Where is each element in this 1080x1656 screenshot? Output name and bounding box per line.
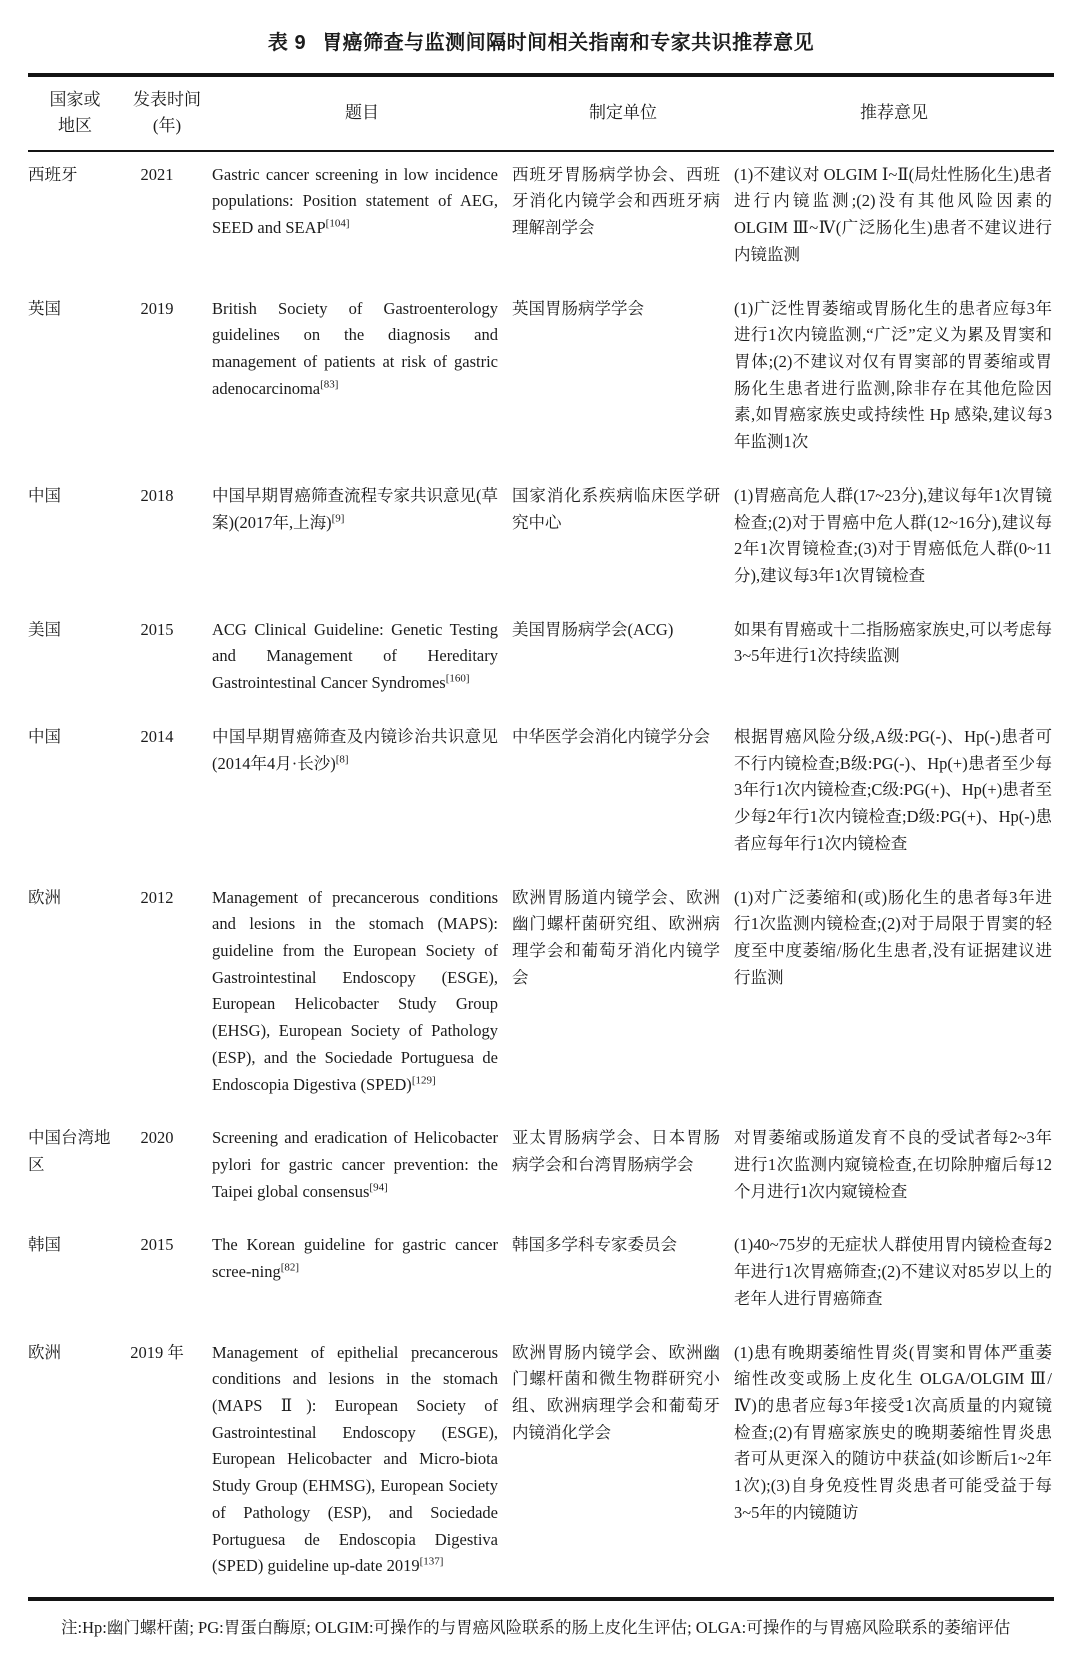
cell-title: 中国早期胃癌筛查流程专家共识意见(草案)(2017年,上海)[9] [212,473,512,607]
cell-organization: 亚太胃肠病学会、日本胃肠病学会和台湾胃肠病学会 [512,1115,734,1222]
cell-title: The Korean guideline for gastric cancer … [212,1222,512,1329]
table-row: 中国 2014 中国早期胃癌筛查及内镜诊治共识意见(2014年4月·长沙)[8]… [28,714,1054,875]
cell-region: 韩国 [28,1222,122,1329]
reference-superscript: [129] [412,1074,436,1086]
cell-organization: 中华医学会消化内镜学分会 [512,714,734,875]
cell-year: 2020 [122,1115,212,1222]
cell-recommendation: (1)患有晚期萎缩性胃炎(胃窦和胃体严重萎缩性改变或肠上皮化生 OLGA/OLG… [734,1330,1054,1599]
cell-region: 欧洲 [28,1330,122,1599]
guidelines-table: 国家或 地区 发表时间 (年) 题目 制定单位 推荐意见 西班牙 2021 Ga… [28,73,1054,1601]
table-row: 中国台湾地区 2020 Screening and eradication of… [28,1115,1054,1222]
table-row: 美国 2015 ACG Clinical Guideline: Genetic … [28,607,1054,714]
table-row: 欧洲 2012 Management of precancerous condi… [28,875,1054,1116]
cell-title: Screening and eradication of Helicobacte… [212,1115,512,1222]
cell-year: 2021 [122,151,212,286]
reference-superscript: [160] [446,673,470,685]
table-caption: 表 9胃癌筛查与监测间隔时间相关指南和专家共识推荐意见 [28,16,1054,73]
cell-region: 中国 [28,714,122,875]
cell-region: 英国 [28,286,122,473]
cell-region: 中国 [28,473,122,607]
cell-region: 欧洲 [28,875,122,1116]
document-page: 表 9胃癌筛查与监测间隔时间相关指南和专家共识推荐意见 国家或 地区 发表时间 … [0,0,1080,1656]
cell-title: British Society of Gastroenterology guid… [212,286,512,473]
title-text: Gastric cancer screening in low incidenc… [212,165,498,237]
reference-superscript: [82] [281,1262,299,1274]
cell-recommendation: (1)不建议对 OLGIM Ⅰ~Ⅱ(局灶性肠化生)患者进行内镜监测;(2)没有其… [734,151,1054,286]
cell-recommendation: 根据胃癌风险分级,A级:PG(-)、Hp(-)患者可不行内镜检查;B级:PG(-… [734,714,1054,875]
table-row: 西班牙 2021 Gastric cancer screening in low… [28,151,1054,286]
cell-year: 2018 [122,473,212,607]
cell-title: ACG Clinical Guideline: Genetic Testing … [212,607,512,714]
column-header-region: 国家或 地区 [28,75,122,151]
cell-recommendation: 对胃萎缩或肠道发育不良的受试者每2~3年进行1次监测内窥镜检查,在切除肿瘤后每1… [734,1115,1054,1222]
table-row: 英国 2019 British Society of Gastroenterol… [28,286,1054,473]
table-row: 欧洲 2019 年 Management of epithelial preca… [28,1330,1054,1599]
table-caption-text: 胃癌筛查与监测间隔时间相关指南和专家共识推荐意见 [322,32,814,54]
reference-superscript: [9] [332,512,345,524]
cell-organization: 欧洲胃肠内镜学会、欧洲幽门螺杆菌和微生物群研究小组、欧洲病理学会和葡萄牙内镜消化… [512,1330,734,1599]
reference-superscript: [83] [320,378,338,390]
cell-title: 中国早期胃癌筛查及内镜诊治共识意见(2014年4月·长沙)[8] [212,714,512,875]
cell-title: Management of epithelial precancerous co… [212,1330,512,1599]
table-row: 韩国 2015 The Korean guideline for gastric… [28,1222,1054,1329]
column-header-organization: 制定单位 [512,75,734,151]
cell-title: Gastric cancer screening in low incidenc… [212,151,512,286]
cell-organization: 欧洲胃肠道内镜学会、欧洲幽门螺杆菌研究组、欧洲病理学会和葡萄牙消化内镜学会 [512,875,734,1116]
title-text: Screening and eradication of Helicobacte… [212,1128,498,1200]
table-row: 中国 2018 中国早期胃癌筛查流程专家共识意见(草案)(2017年,上海)[9… [28,473,1054,607]
title-text: Management of epithelial precancerous co… [212,1343,498,1576]
cell-region: 中国台湾地区 [28,1115,122,1222]
cell-organization: 英国胃肠病学学会 [512,286,734,473]
table-caption-label: 表 9 [268,32,306,54]
cell-year: 2012 [122,875,212,1116]
cell-recommendation: (1)对广泛萎缩和(或)肠化生的患者每3年进行1次监测内镜检查;(2)对于局限于… [734,875,1054,1116]
title-text: 中国早期胃癌筛查及内镜诊治共识意见(2014年4月·长沙) [212,727,498,773]
reference-superscript: [94] [369,1181,387,1193]
table-header-row: 国家或 地区 发表时间 (年) 题目 制定单位 推荐意见 [28,75,1054,151]
cell-year: 2014 [122,714,212,875]
cell-organization: 美国胃肠病学会(ACG) [512,607,734,714]
title-text: The Korean guideline for gastric cancer … [212,1235,498,1281]
cell-organization: 西班牙胃肠病学协会、西班牙消化内镜学会和西班牙病理解剖学会 [512,151,734,286]
cell-recommendation: 如果有胃癌或十二指肠癌家族史,可以考虑每3~5年进行1次持续监测 [734,607,1054,714]
reference-superscript: [137] [420,1556,444,1568]
title-text: British Society of Gastroenterology guid… [212,299,498,398]
cell-organization: 国家消化系疾病临床医学研究中心 [512,473,734,607]
table-note: 注:Hp:幽门螺杆菌; PG:胃蛋白酶原; OLGIM:可操作的与胃癌风险联系的… [28,1601,1054,1644]
title-text: 中国早期胃癌筛查流程专家共识意见(草案)(2017年,上海) [212,486,498,532]
cell-recommendation: (1)广泛性胃萎缩或胃肠化生的患者应每3年进行1次内镜监测,“广泛”定义为累及胃… [734,286,1054,473]
cell-organization: 韩国多学科专家委员会 [512,1222,734,1329]
cell-year: 2019 年 [122,1330,212,1599]
cell-year: 2019 [122,286,212,473]
column-header-year: 发表时间 (年) [122,75,212,151]
reference-superscript: [104] [326,218,350,230]
column-header-recommendation: 推荐意见 [734,75,1054,151]
title-text: Management of precancerous conditions an… [212,888,498,1094]
cell-region: 美国 [28,607,122,714]
cell-year: 2015 [122,1222,212,1329]
column-header-title: 题目 [212,75,512,151]
reference-superscript: [8] [336,753,349,765]
cell-year: 2015 [122,607,212,714]
cell-recommendation: (1)胃癌高危人群(17~23分),建议每年1次胃镜检查;(2)对于胃癌中危人群… [734,473,1054,607]
cell-region: 西班牙 [28,151,122,286]
cell-recommendation: (1)40~75岁的无症状人群使用胃内镜检查每2年进行1次胃癌筛查;(2)不建议… [734,1222,1054,1329]
cell-title: Management of precancerous conditions an… [212,875,512,1116]
